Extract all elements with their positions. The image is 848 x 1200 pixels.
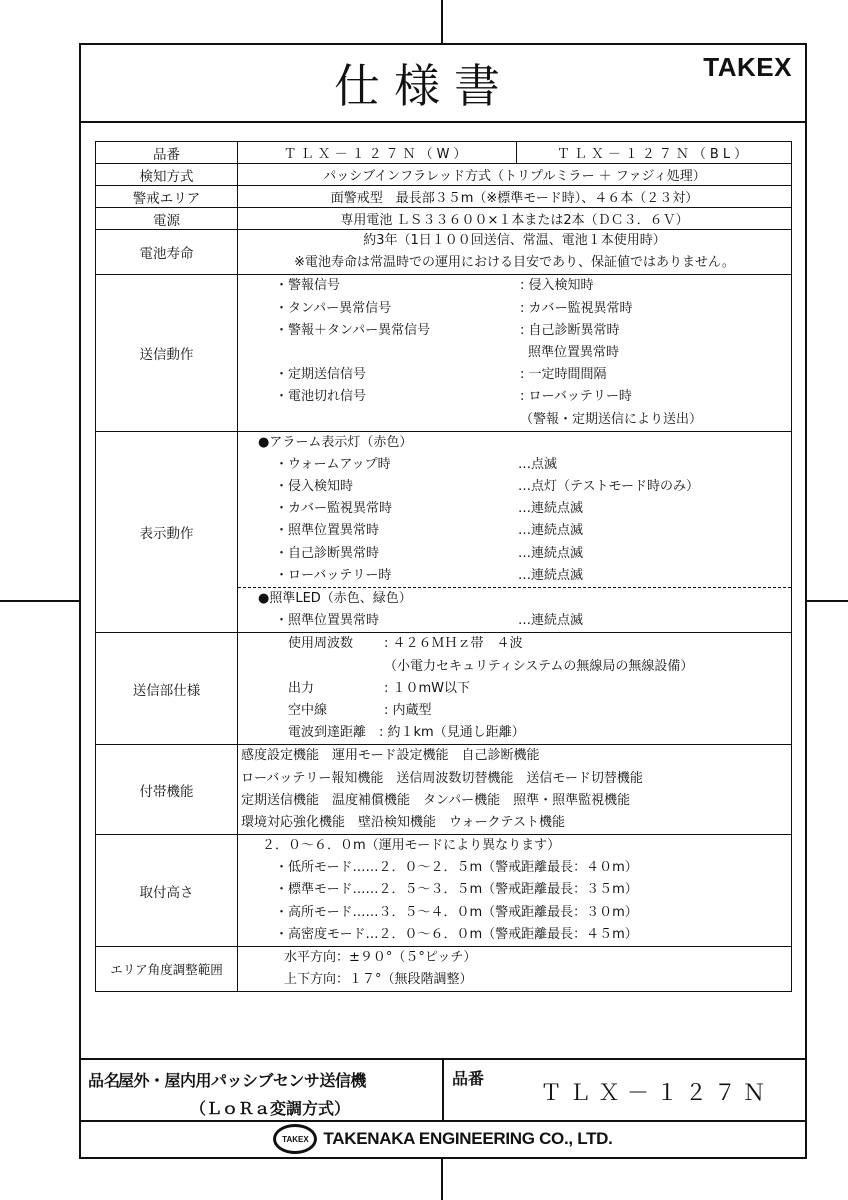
crop-mark-bottom [441, 1157, 443, 1200]
display-action: …連続点滅 [518, 498, 583, 520]
signal-name: ・電池切れ信号 [275, 386, 366, 408]
label-radio: 送信部仕様 [96, 633, 238, 745]
display-action: …点滅 [518, 454, 557, 476]
brand-logo: TAKEX [703, 52, 792, 83]
row-area: 警戒エリア 面警戒型 最長部３５m（※標準モード時）、４６本（２３対） [96, 186, 792, 208]
display-action: …連続点滅 [518, 543, 583, 565]
display-state: ・侵入検知時 [275, 476, 353, 498]
radio-value: : 内蔵型 [384, 700, 432, 722]
label-battery: 電池寿命 [96, 230, 238, 275]
company-name: TAKENAKA ENGINEERING CO., LTD. [323, 1129, 612, 1149]
footer-vertical-divider [442, 1058, 444, 1121]
mount-mode: ・高所モード……３．５～４．０m（警戒距離最長：３０m） [238, 902, 791, 924]
display-state: ・ローバッテリー時 [275, 565, 391, 587]
signal-name: ・タンパー異常信号 [275, 298, 391, 320]
company-footer: TAKEX TAKENAKA ENGINEERING CO., LTD. [79, 1122, 807, 1156]
row-display: 表示動作 ●アラーム表示灯（赤色） ・ウォームアップ時…点滅 ・侵入検知時…点灯… [96, 431, 792, 633]
crop-mark-left [0, 600, 79, 602]
radio-value: : 約１km（見通し距離） [379, 722, 525, 744]
feature-line: 感度設定機能 運用モード設定機能 自己診断機能 [238, 745, 791, 767]
radio-key: 使用周波数 [288, 633, 353, 655]
signal-condition: : 自己診断異常時 [520, 320, 620, 342]
product-name-sub: （ＬｏＲａ変調方式） [190, 1096, 350, 1119]
mount-mode: ・高密度モード…２．０～６．０m（警戒距離最長：４５m） [238, 924, 791, 946]
radio-value: （小電力セキュリティシステムの無線局の無線設備） [384, 656, 693, 678]
display-action: …連続点滅 [518, 565, 583, 587]
value-radio: 使用周波数: ４２６ＭＨｚ帯 ４波 （小電力セキュリティシステムの無線局の無線設… [238, 633, 792, 745]
mount-mode: ・低所モード……２．０～２．５m（警戒距離最長：４０m） [238, 857, 791, 879]
feature-line: ローバッテリー報知機能 送信周波数切替機能 送信モード切替機能 [238, 768, 791, 790]
model-white: ＴＬＸ－１２７Ｎ（W） [238, 142, 517, 164]
value-mount: ２．０～６．０m（運用モードにより異なります） ・低所モード……２．０～２．５m… [238, 835, 792, 947]
signal-condition: : 侵入検知時 [520, 275, 594, 297]
display-action: …連続点滅 [518, 610, 583, 632]
crop-mark-right [807, 600, 848, 602]
row-transmit: 送信動作 ・警報信号: 侵入検知時 ・タンパー異常信号: カバー監視異常時 ・警… [96, 275, 792, 431]
feature-line: 定期送信機能 温度補償機能 タンパー機能 照準・照準監視機能 [238, 790, 791, 812]
label-angle: エリア角度調整範囲 [96, 947, 238, 992]
header-divider [79, 121, 807, 123]
display-state: ・ウォームアップ時 [275, 454, 391, 476]
aim-led-title: ●照準LED（赤色、緑色） [258, 588, 412, 610]
row-angle: エリア角度調整範囲 水平方向：±９０°（５°ピッチ） 上下方向：１７°（無段階調… [96, 947, 792, 992]
model-black: ＴＬＸ－１２７Ｎ（BL） [517, 142, 792, 164]
mount-range: ２．０～６．０m（運用モードにより異なります） [238, 835, 791, 857]
label-detection: 検知方式 [96, 164, 238, 186]
value-power: 専用電池 ＬＳ３３６００×１本または2本（ＤＣ３．６Ｖ） [238, 208, 792, 230]
label-model: 品番 [96, 142, 238, 164]
angle-vertical: 上下方向：１７°（無段階調整） [238, 969, 791, 991]
label-features: 付帯機能 [96, 745, 238, 835]
product-name: 屋外・屋内用パッシブセンサ送信機 [118, 1068, 366, 1091]
battery-line: 約3年（1日１００回送信、常温、電池１本使用時） [238, 230, 791, 252]
feature-line: 環境対応強化機能 壁沿検知機能 ウォークテスト機能 [238, 812, 791, 834]
value-battery: 約3年（1日１００回送信、常温、電池１本使用時） ※電池寿命は常温時での運用にお… [238, 230, 792, 275]
row-model: 品番 ＴＬＸ－１２７Ｎ（W） ＴＬＸ－１２７Ｎ（BL） [96, 142, 792, 164]
display-action: …点灯（テストモード時のみ） [518, 476, 699, 498]
row-power: 電源 専用電池 ＬＳ３３６００×１本または2本（ＤＣ３．６Ｖ） [96, 208, 792, 230]
product-name-label: 品名 [88, 1068, 120, 1091]
row-radio: 送信部仕様 使用周波数: ４２６ＭＨｚ帯 ４波 （小電力セキュリティシステムの無… [96, 633, 792, 745]
dashed-divider: ●照準LED（赤色、緑色） [238, 587, 791, 610]
value-display: ●アラーム表示灯（赤色） ・ウォームアップ時…点滅 ・侵入検知時…点灯（テストモ… [238, 431, 792, 633]
radio-key: 空中線 [288, 700, 327, 722]
row-features: 付帯機能 感度設定機能 運用モード設定機能 自己診断機能 ローバッテリー報知機能… [96, 745, 792, 835]
product-number-label: 品番 [452, 1066, 484, 1089]
display-state: ・自己診断異常時 [275, 543, 379, 565]
mount-mode: ・標準モード……２．５～３．５m（警戒距離最長：３５m） [238, 879, 791, 901]
display-state: ・カバー監視異常時 [275, 498, 392, 520]
signal-name: ・警報信号 [275, 275, 340, 297]
spec-table: 品番 ＴＬＸ－１２７Ｎ（W） ＴＬＸ－１２７Ｎ（BL） 検知方式 パッシブインフ… [95, 141, 792, 992]
signal-condition: 照準位置異常時 [528, 342, 619, 364]
value-area: 面警戒型 最長部３５m（※標準モード時）、４６本（２３対） [238, 186, 792, 208]
crop-mark-top [441, 0, 443, 43]
value-detection: パッシブインフラレッド方式（トリプルミラー ＋ ファジィ処理） [238, 164, 792, 186]
value-features: 感度設定機能 運用モード設定機能 自己診断機能 ローバッテリー報知機能 送信周波… [238, 745, 792, 835]
signal-condition: : カバー監視異常時 [520, 298, 633, 320]
signal-name: ・定期送信信号 [275, 364, 366, 386]
label-transmit: 送信動作 [96, 275, 238, 431]
value-angle: 水平方向：±９０°（５°ピッチ） 上下方向：１７°（無段階調整） [238, 947, 792, 992]
row-mount: 取付高さ ２．０～６．０m（運用モードにより異なります） ・低所モード……２．０… [96, 835, 792, 947]
display-state: ・照準位置異常時 [275, 610, 379, 632]
radio-key: 電波到達距離 [288, 722, 366, 744]
radio-value: : １０mW以下 [384, 678, 470, 700]
row-detection: 検知方式 パッシブインフラレッド方式（トリプルミラー ＋ ファジィ処理） [96, 164, 792, 186]
radio-key: 出力 [288, 678, 314, 700]
display-state: ・照準位置異常時 [275, 520, 379, 542]
product-number: ＴＬＸ－１２７Ｎ [540, 1076, 772, 1107]
row-battery: 電池寿命 約3年（1日１００回送信、常温、電池１本使用時） ※電池寿命は常温時で… [96, 230, 792, 275]
angle-horizontal: 水平方向：±９０°（５°ピッチ） [238, 947, 791, 969]
battery-note: ※電池寿命は常温時での運用における目安であり、保証値ではありません。 [238, 252, 791, 274]
signal-condition: : ローバッテリー時 [520, 386, 632, 408]
signal-condition: : 一定時間間隔 [520, 364, 607, 386]
radio-value: : ４２６ＭＨｚ帯 ４波 [384, 633, 523, 655]
signal-note: （警報・定期送信により送出） [520, 409, 702, 431]
label-power: 電源 [96, 208, 238, 230]
display-action: …連続点滅 [518, 520, 583, 542]
label-area: 警戒エリア [96, 186, 238, 208]
value-transmit: ・警報信号: 侵入検知時 ・タンパー異常信号: カバー監視異常時 ・警報＋タンパ… [238, 275, 792, 431]
label-mount: 取付高さ [96, 835, 238, 947]
takex-logo-icon: TAKEX [273, 1124, 317, 1154]
signal-name: ・警報＋タンパー異常信号 [275, 320, 430, 342]
label-display: 表示動作 [96, 431, 238, 633]
alarm-lamp-title: ●アラーム表示灯（赤色） [258, 432, 412, 454]
